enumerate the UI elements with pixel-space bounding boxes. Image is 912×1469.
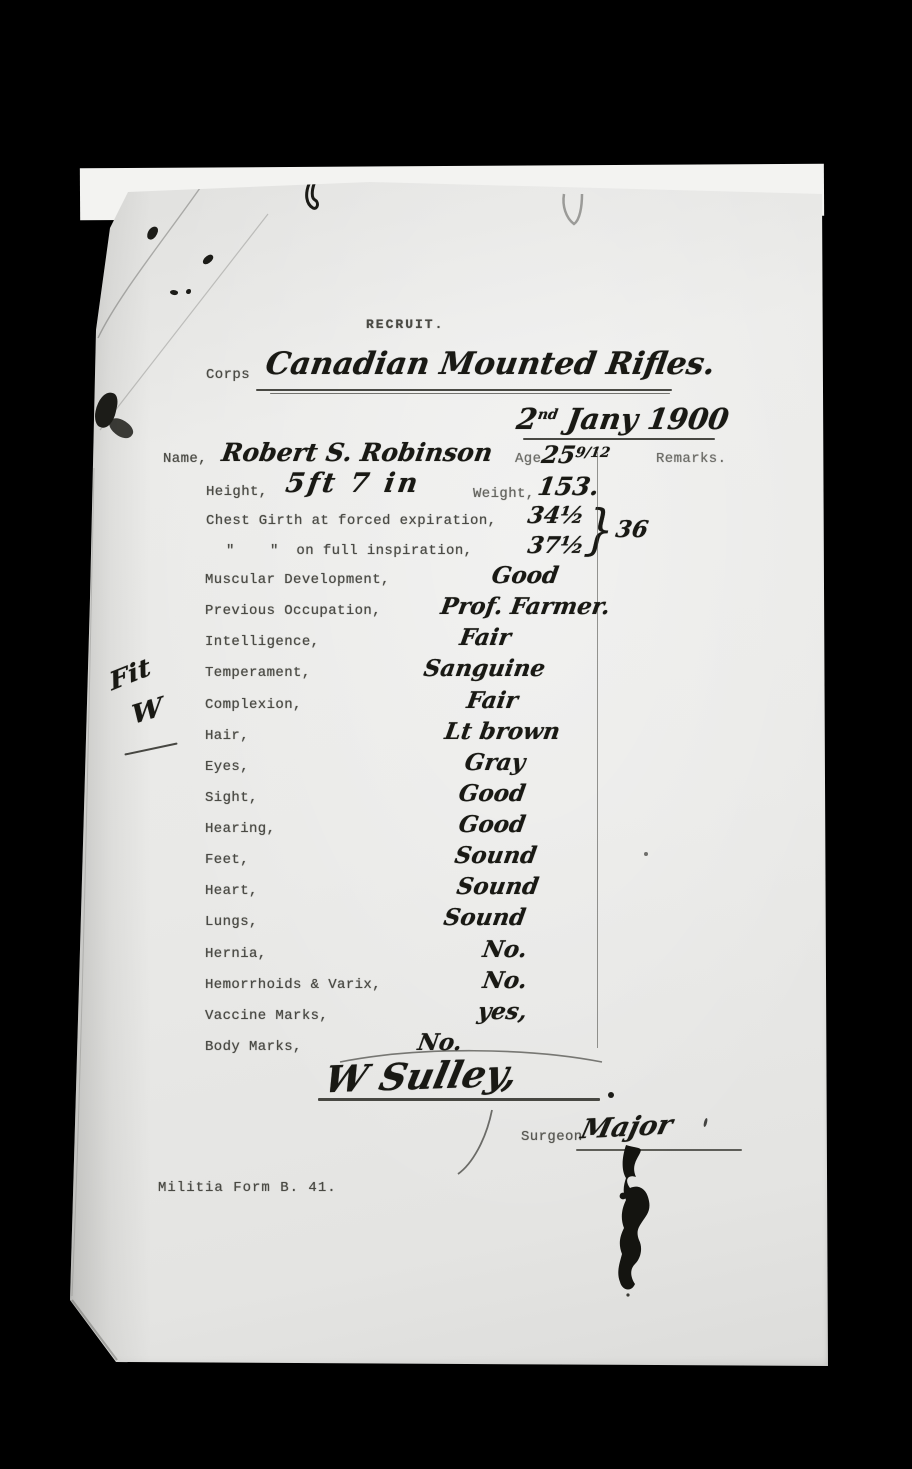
field-label: Hernia, <box>205 946 267 962</box>
field-value: No. <box>481 967 529 994</box>
field-value-wrap: Fair <box>372 687 612 714</box>
field-value-wrap: No. <box>385 967 625 994</box>
field-label: Intelligence, <box>205 634 319 650</box>
field-value: Fair <box>464 687 519 714</box>
document-page: RECRUIT. Corps Canadian Mounted Rifles. … <box>70 168 828 1370</box>
field-value: Good <box>457 780 528 807</box>
field-value: yes, <box>475 998 528 1025</box>
field-value-wrap: yes, <box>382 998 622 1025</box>
field-value: Sound <box>455 873 541 900</box>
signature-underline <box>318 1098 600 1101</box>
field-value-wrap: Sanguine <box>365 655 605 682</box>
field-value: Good <box>457 811 528 838</box>
field-value-wrap: No. <box>320 1029 560 1056</box>
ink-blot <box>608 1143 670 1303</box>
field-value-wrap: Good <box>405 562 645 589</box>
examiner-signature: W Sulley, <box>321 1051 523 1102</box>
field-value: Gray <box>463 749 527 776</box>
field-label: Heart, <box>205 883 258 899</box>
field-label: Hair, <box>205 728 249 744</box>
field-value-wrap: Sound <box>365 904 605 931</box>
field-label: Complexion, <box>205 697 302 713</box>
field-label: Vaccine Marks, <box>205 1008 328 1024</box>
field-value-wrap: Good <box>372 780 612 807</box>
field-value-wrap: Lt brown <box>382 718 622 745</box>
surgeon-signature: Major <box>578 1110 676 1146</box>
field-label: Sight, <box>205 790 258 806</box>
field-label: Body Marks, <box>205 1039 302 1055</box>
field-value: Lt brown <box>442 718 561 745</box>
field-value: Prof. Farmer. <box>438 593 611 620</box>
field-value-wrap: Good <box>372 811 612 838</box>
field-value: Fair <box>457 624 512 651</box>
field-label: Temperament, <box>205 665 311 681</box>
field-value: No. <box>481 936 529 963</box>
field-value-wrap: Fair <box>365 624 605 651</box>
form-number: Militia Form B. 41. <box>158 1180 337 1196</box>
field-value: Good <box>490 562 561 589</box>
field-label: Previous Occupation, <box>205 603 381 619</box>
field-label: Hearing, <box>205 821 275 837</box>
field-value-wrap: Gray <box>375 749 615 776</box>
field-label: Hemorrhoids & Varix, <box>205 977 381 993</box>
field-label: Feet, <box>205 852 249 868</box>
field-value-wrap: No. <box>385 936 625 963</box>
field-value: Sound <box>453 842 539 869</box>
field-value-wrap: Prof. Farmer. <box>405 593 645 620</box>
field-value-wrap: Sound <box>378 873 618 900</box>
field-label: Eyes, <box>205 759 249 775</box>
field-value: Sanguine <box>422 655 547 682</box>
scan-canvas: { "colors": { "background": "#000000", "… <box>0 0 912 1469</box>
field-label: Muscular Development, <box>205 572 390 588</box>
signature-dot <box>608 1092 614 1098</box>
field-value: Sound <box>442 904 528 931</box>
field-value-wrap: Sound <box>376 842 616 869</box>
surgeon-label: Surgeon <box>521 1129 583 1145</box>
field-label: Lungs, <box>205 914 258 930</box>
